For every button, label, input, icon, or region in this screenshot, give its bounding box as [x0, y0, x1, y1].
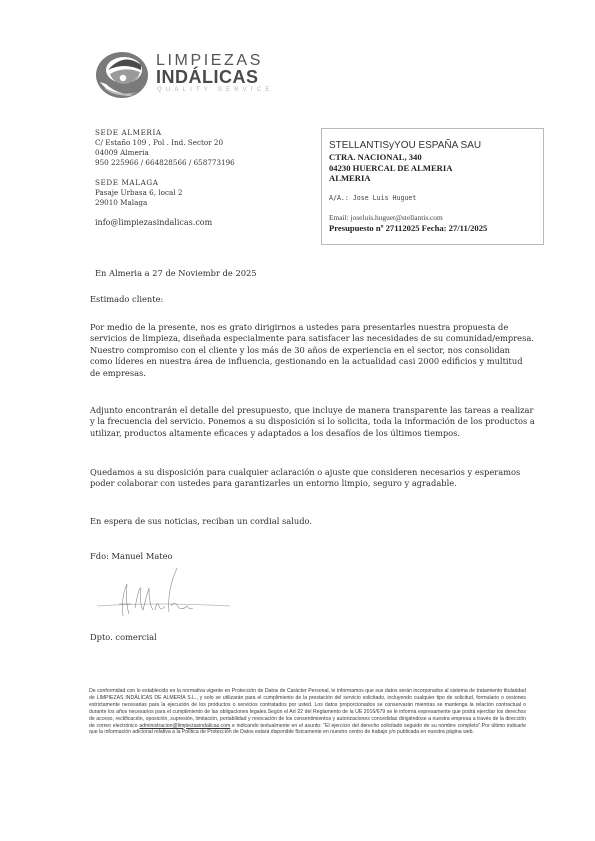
- client-address-box: STELLANTISyYOU ESPAÑA SAU CTRA. NACIONAL…: [321, 128, 544, 245]
- company-logo: LIMPIEZAS INDÁLICAS QUALITY SERVICE: [94, 48, 274, 100]
- sede-malaga: SEDE MALAGA Pasaje Urbasa 6, local 2 290…: [95, 178, 235, 208]
- sede-almeria-address: C/ Estaño 109 , Pol . Ind. Sector 20: [95, 138, 235, 148]
- company-contact: SEDE ALMERIA C/ Estaño 109 , Pol . Ind. …: [95, 128, 235, 228]
- handwritten-signature: [95, 566, 235, 621]
- company-email[interactable]: info@limpiezasindalicas.com: [95, 218, 235, 228]
- client-address-line2: 04230 HUERCAL DE ALMERIA: [329, 163, 543, 174]
- sede-almeria-title: SEDE ALMERIA: [95, 128, 235, 138]
- sede-malaga-address: Pasaje Urbasa 6, local 2: [95, 188, 235, 198]
- sede-malaga-title: SEDE MALAGA: [95, 178, 235, 188]
- letter-greeting: Estimado cliente:: [90, 294, 535, 304]
- client-email: Email: joseluis.huguet@stellantis.com: [329, 213, 543, 222]
- sede-almeria-phones: 950 225966 / 664828566 / 658773196: [95, 158, 235, 168]
- data-protection-notice: De conformidad con lo establecido en la …: [89, 688, 526, 736]
- administration-email-link[interactable]: administracion@limpiezasindalicas.com: [139, 723, 230, 729]
- client-name: STELLANTISyYOU ESPAÑA SAU: [329, 140, 543, 151]
- client-attention: A/A.: Jose Luis Huguet: [329, 194, 543, 202]
- sede-almeria: SEDE ALMERIA C/ Estaño 109 , Pol . Ind. …: [95, 128, 235, 168]
- sede-malaga-city: 29010 Malaga: [95, 198, 235, 208]
- letter-paragraph-3: Quedamos a su disposición para cualquier…: [90, 467, 535, 490]
- letter-paragraph-1: Por medio de la presente, nos es grato d…: [90, 322, 535, 379]
- client-address-line1: CTRA. NACIONAL, 340: [329, 152, 543, 163]
- letter-department: Dpto. comercial: [90, 632, 535, 642]
- logo-tagline: QUALITY SERVICE: [157, 87, 273, 93]
- letter-date: En Almeria a 27 de Noviembr de 2025: [95, 268, 540, 278]
- letter-paragraph-2: Adjunto encontrarán el detalle del presu…: [90, 405, 535, 439]
- letter-closing: En espera de sus noticias, reciban un co…: [90, 516, 535, 527]
- client-address-line3: ALMERIA: [329, 173, 543, 184]
- sede-almeria-city: 04009 Almeria: [95, 148, 235, 158]
- client-address: CTRA. NACIONAL, 340 04230 HUERCAL DE ALM…: [329, 152, 543, 184]
- logo-text-indalicas: INDÁLICAS: [156, 67, 259, 88]
- limpiezas-indalicas-logo-icon: [94, 48, 152, 100]
- quote-number-date: Presupuesto nº 27112025 Fecha: 27/11/202…: [329, 223, 543, 233]
- letter-signer: Fdo: Manuel Mateo: [90, 551, 535, 561]
